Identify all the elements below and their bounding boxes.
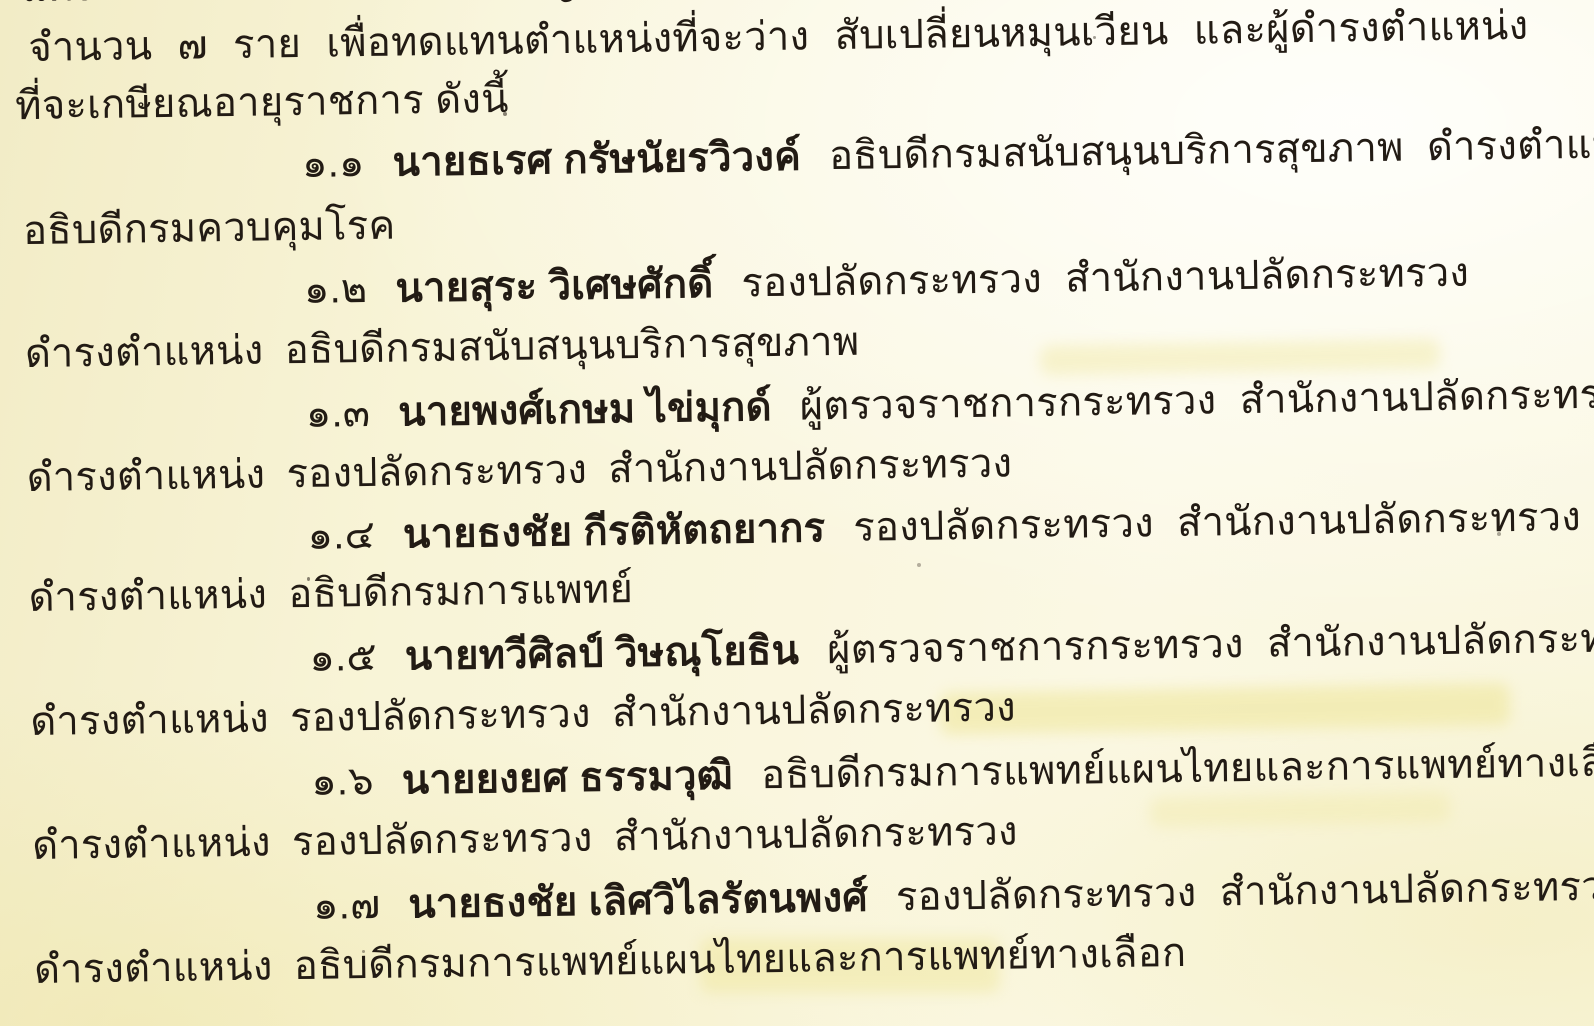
item-number: ๑.๖ xyxy=(311,755,374,808)
appointment-item-4-line-1: ๑.๔ นายธงชัย กีรติหัตถยากร รองปลัดกระทรว… xyxy=(307,491,1581,562)
appointment-item-2-line-1: ๑.๒ นายสุระ วิเศษศักดิ์ รองปลัดกระทรวง ส… xyxy=(304,247,1470,316)
appointment-item-7-line-1: ๑.๗ นายธงชัย เลิศวิไลรัตนพงศ์ รองปลัดกระ… xyxy=(313,860,1594,931)
appointment-item-2-line-2: ดำรงตำแหน่ง อธิบดีกรมสนับสนุนบริการสุขภา… xyxy=(24,316,859,380)
document-text-block: แต่งตั้งข้าราชการพลเรือนสามัญ ให้ดำรงตำแ… xyxy=(0,0,1594,1026)
appointee-name: นายธงชัย กีรติหัตถยากร xyxy=(403,502,826,560)
appointment-item-3-line-1: ๑.๓ นายพงศ์เกษม ไข่มุกด์ ผู้ตรวจราชการกร… xyxy=(305,368,1594,440)
position-text: ผู้ตรวจราชการกระทรวง สำนักงานปลัดกระทรวง xyxy=(799,368,1594,433)
position-text: อธิบดีกรมสนับสนุนบริการสุขภาพ ดำรงตำแหน่… xyxy=(829,118,1594,182)
appointment-item-3-line-2: ดำรงตำแหน่ง รองปลัดกระทรวง สำนักงานปลัดก… xyxy=(26,437,1012,504)
appointment-item-1-line-2: อธิบดีกรมควบคุมโรค xyxy=(23,200,396,258)
position-text: รองปลัดกระทรวง สำนักงานปลัดกระทรวง xyxy=(741,247,1469,310)
position-text: ผู้ตรวจราชการกระทรวง สำนักงานปลัดกระทรวง xyxy=(827,612,1594,677)
appointee-name: นายทวีศิลป์ วิษณุโยธิน xyxy=(404,625,799,683)
item-number: ๑.๑ xyxy=(302,137,365,190)
scanned-document-page: แต่งตั้งข้าราชการพลเรือนสามัญ ให้ดำรงตำแ… xyxy=(0,0,1594,1026)
position-text: รองปลัดกระทรวง สำนักงานปลัดกระทรวง xyxy=(895,860,1594,923)
intro-line-2: ที่จะเกษียณอายุราชการ ดังนี้ xyxy=(15,73,509,132)
item-number: ๑.๕ xyxy=(309,631,377,684)
appointment-item-1-line-1: ๑.๑ นายธเรศ กรัษนัยรวิวงค์ อธิบดีกรมสนับ… xyxy=(302,118,1594,190)
appointee-name: นายสุระ วิเศษศักดิ์ xyxy=(395,258,714,315)
item-number: ๑.๒ xyxy=(304,263,368,316)
item-number: ๑.๓ xyxy=(305,387,370,440)
appointee-name: นายพงศ์เกษม ไข่มุกด์ xyxy=(398,381,772,439)
appointment-item-5-line-1: ๑.๕ นายทวีศิลป์ วิษณุโยธิน ผู้ตรวจราชการ… xyxy=(309,612,1594,684)
item-number: ๑.๗ xyxy=(313,879,381,932)
position-text: รองปลัดกระทรวง สำนักงานปลัดกระทรวง xyxy=(853,491,1581,554)
item-number: ๑.๔ xyxy=(307,509,375,562)
appointment-item-6-line-1: ๑.๖ นายยงยศ ธรรมวุฒิ อธิบดีกรมการแพทย์แผ… xyxy=(311,736,1594,808)
intro-line-1: จำนวน ๗ ราย เพื่อทดแทนตำแหน่งที่จะว่าง ส… xyxy=(28,0,1529,74)
appointee-name: นายธเรศ กรัษนัยรวิวงค์ xyxy=(392,131,801,189)
position-text: อธิบดีกรมการแพทย์แผนไทยและการแพทย์ทางเลื… xyxy=(761,736,1594,801)
appointment-item-5-line-2: ดำรงตำแหน่ง รองปลัดกระทรวง สำนักงานปลัดก… xyxy=(30,681,1016,748)
appointee-name: นายยงยศ ธรรมวุฒิ xyxy=(401,750,733,807)
appointee-name: นายธงชัย เลิศวิไลรัตนพงศ์ xyxy=(408,872,868,931)
appointment-item-6-line-2: ดำรงตำแหน่ง รองปลัดกระทรวง สำนักงานปลัดก… xyxy=(32,805,1018,872)
appointment-item-7-line-2: ดำรงตำแหน่ง อธิบดีกรมการแพทย์แผนไทยและกา… xyxy=(34,927,1187,996)
appointment-item-4-line-2: ดำรงตำแหน่ง อธิบดีกรมการแพทย์ xyxy=(28,563,633,624)
